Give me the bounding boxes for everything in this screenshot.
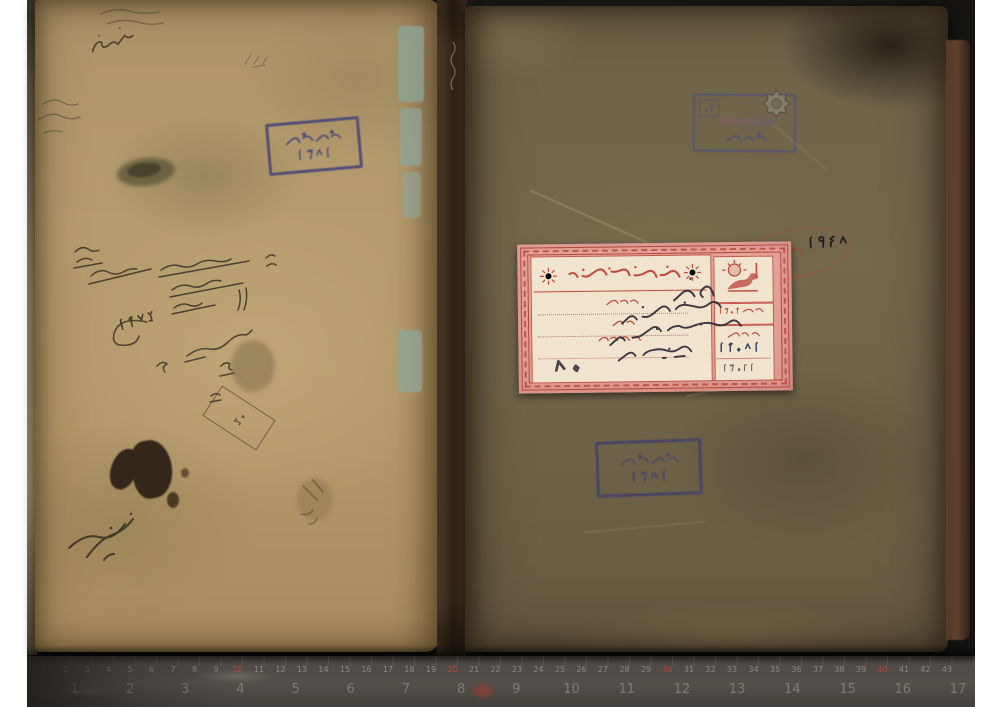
- register-word-art: [725, 330, 761, 339]
- boxed-number: [202, 385, 275, 450]
- cover-fore-edge: [946, 40, 970, 640]
- ink-spot: [181, 468, 189, 478]
- tape-remnant: [398, 330, 422, 392]
- dated-word-art: [743, 306, 765, 315]
- inspection-stamp-cover: [595, 438, 703, 498]
- digitized-book-photo: 1234567891011121314151617181920212223242…: [0, 0, 1000, 707]
- ruler: 1234567891011121314151617181920212223242…: [27, 656, 975, 707]
- ink-blot: [127, 437, 176, 501]
- scratch-mark: [530, 190, 649, 244]
- handwritten-number-80: [549, 349, 587, 388]
- faint-stain: [231, 340, 275, 392]
- register-number: [717, 340, 761, 359]
- scan-stamp-word-art: [723, 132, 769, 144]
- tape-remnant: [398, 26, 424, 102]
- left-page: [35, 0, 439, 652]
- spine-stitching: [437, 36, 467, 156]
- stamp-word-art: [282, 128, 345, 147]
- handwritten-notes-layer: [35, 0, 439, 652]
- handwritten-number-1274: [115, 307, 159, 337]
- tape-remnant: [402, 172, 421, 218]
- label-dated: [718, 306, 765, 316]
- inspection-stamp-left: [265, 116, 363, 176]
- handwritten-year-1948: [805, 232, 848, 256]
- stamp-word-art: [615, 451, 681, 467]
- ink-spot: [167, 492, 179, 508]
- tape-remnant: [400, 108, 422, 166]
- scan-stamp-faint-line: [719, 118, 775, 126]
- starburst-sticker: [763, 90, 790, 117]
- book-spine: [437, 0, 467, 660]
- ruler-red-smear: [473, 684, 493, 697]
- secondary-number: [722, 362, 756, 376]
- faint-stain: [297, 478, 333, 520]
- scratch-mark: [585, 521, 705, 533]
- ruler-wear-overlay: [27, 656, 975, 707]
- rosette-icon: [539, 267, 557, 285]
- scan-stamp-number-box: [699, 100, 719, 117]
